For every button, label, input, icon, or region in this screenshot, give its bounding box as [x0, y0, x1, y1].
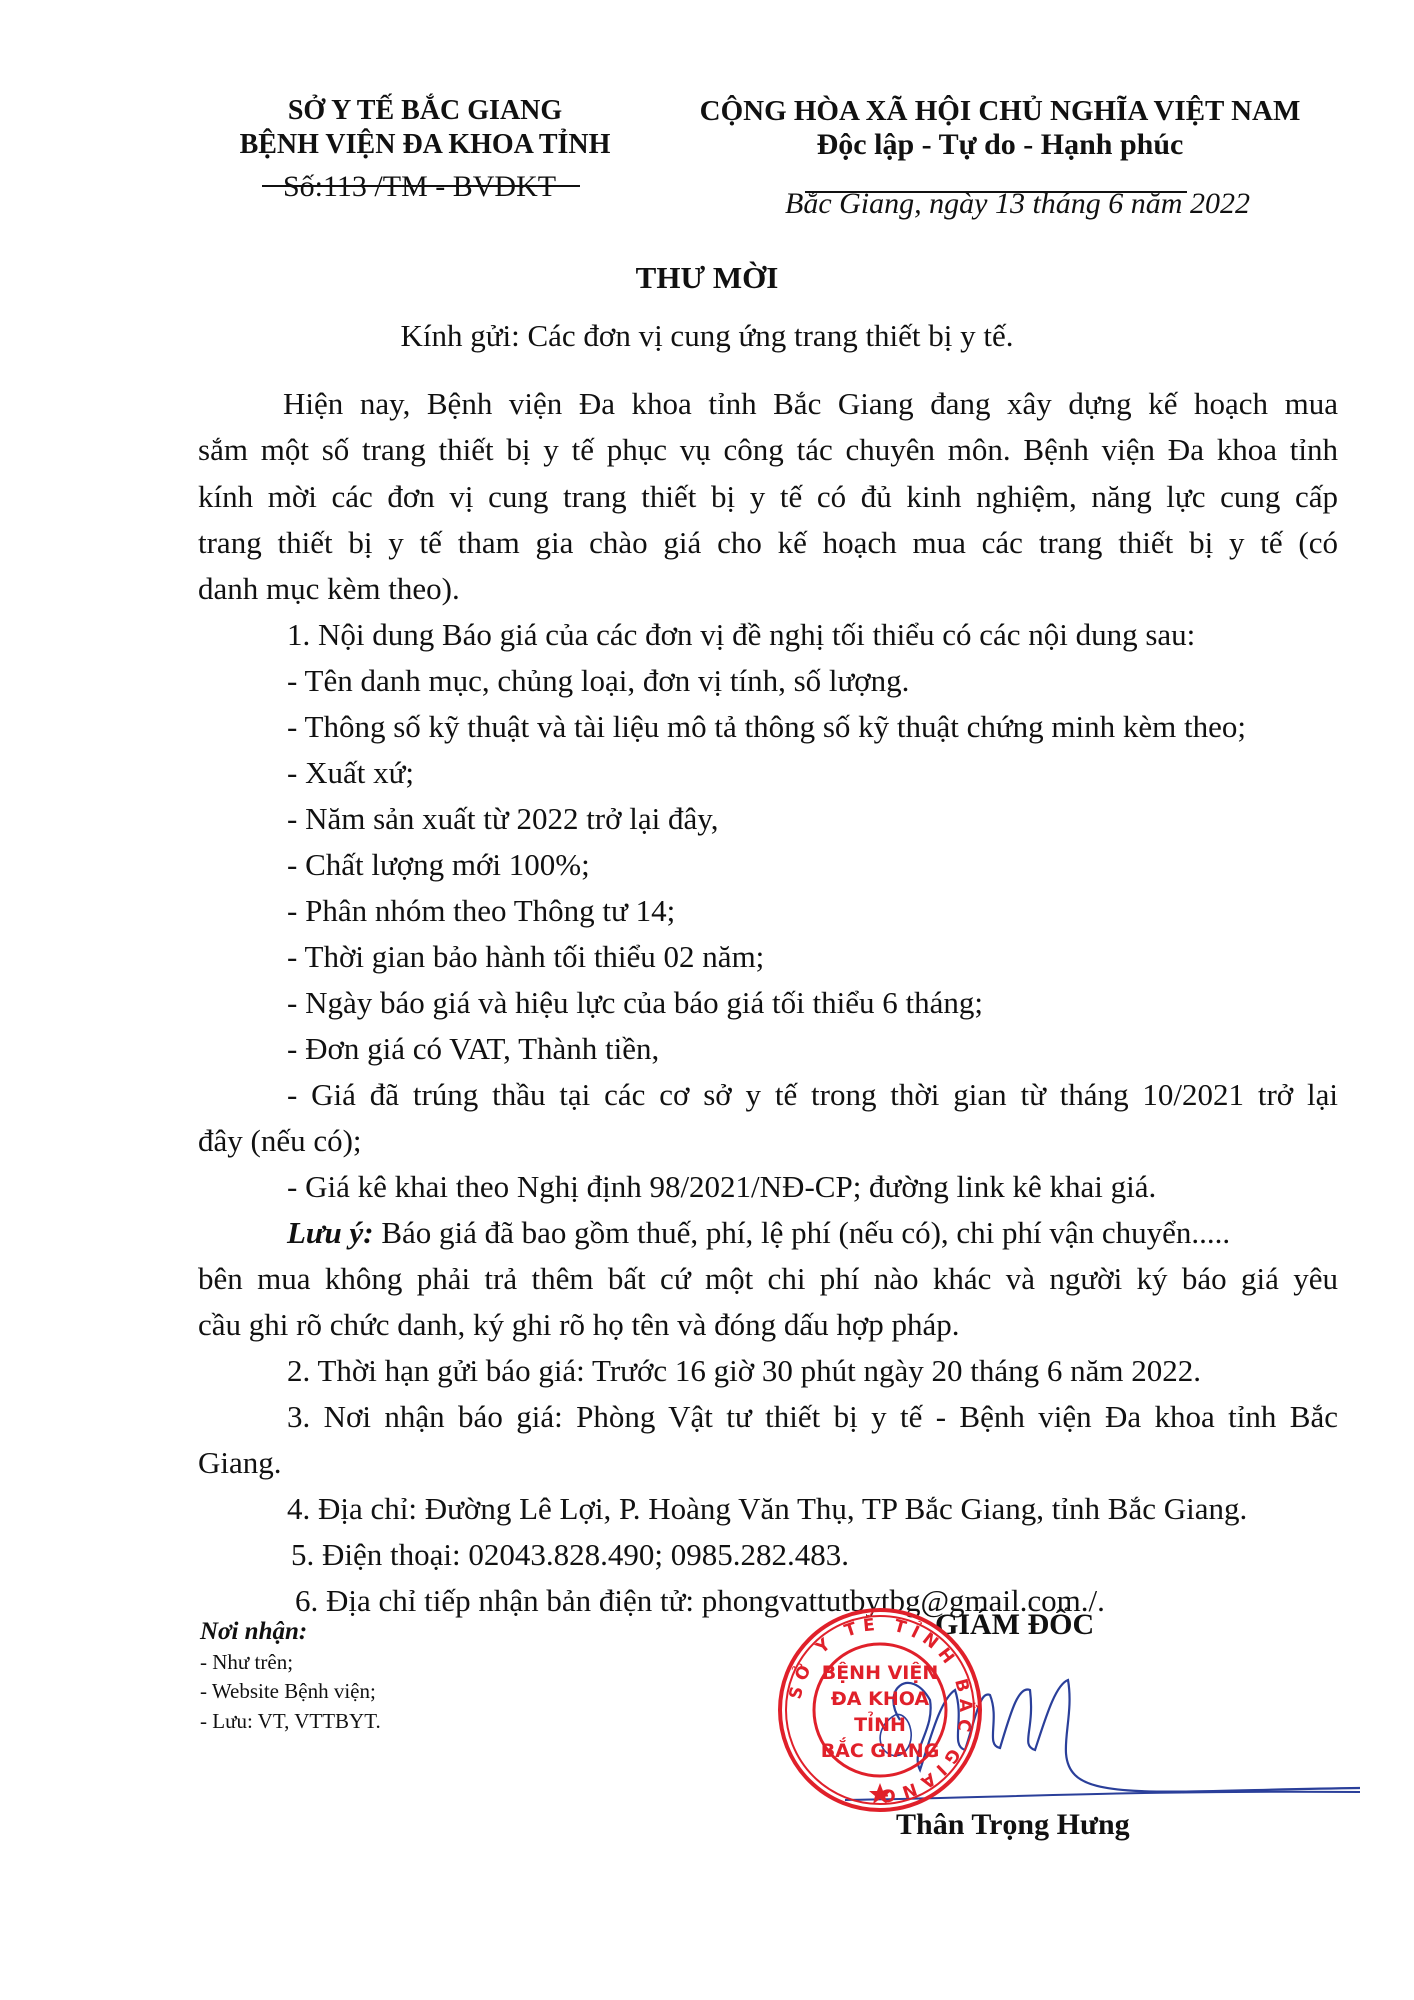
official-stamp: SỞ Y TẾ TỈNH BẮC GIANG BỆNH VIỆN ĐA KHOA… — [775, 1605, 985, 1815]
recipient-item: - Như trên; — [200, 1648, 293, 1676]
section-1-item: - Thời gian bảo hành tối thiểu 02 năm; — [287, 937, 764, 977]
note-label: Lưu ý: — [287, 1215, 374, 1250]
note-line-1: Lưu ý: Báo giá đã bao gồm thuế, phí, lệ … — [287, 1213, 1338, 1253]
section-1-item: - Đơn giá có VAT, Thành tiền, — [287, 1029, 659, 1069]
intro-line-4: trang thiết bị y tế tham gia chào giá ch… — [198, 523, 1338, 563]
recipients-label: Nơi nhận: — [200, 1617, 307, 1647]
nation-name: CỘNG HÒA XÃ HỘI CHỦ NGHĨA VIỆT NAM — [660, 94, 1340, 128]
agency-name: SỞ Y TẾ BẮC GIANG — [190, 94, 660, 128]
document-title: THƯ MỜI — [0, 258, 1414, 298]
stamp-inner-line: BỆNH VIỆN — [822, 1660, 939, 1684]
section-1-item: - Thông số kỹ thuật và tài liệu mô tả th… — [287, 707, 1246, 747]
section-1-item: - Năm sản xuất từ 2022 trở lại đây, — [287, 799, 719, 839]
section-5-phone: 5. Điện thoại: 02043.828.490; 0985.282.4… — [291, 1535, 849, 1575]
stamp-inner-line: TỈNH — [854, 1711, 906, 1736]
intro-line-3: kính mời các đơn vị cung trang thiết bị … — [198, 477, 1338, 517]
intro-line-1: Hiện nay, Bệnh viện Đa khoa tỉnh Bắc Gia… — [283, 384, 1338, 424]
intro-line-5: danh mục kèm theo). — [198, 569, 460, 609]
document-page: SỞ Y TẾ BẮC GIANG BỆNH VIỆN ĐA KHOA TỈNH… — [0, 0, 1414, 2000]
recipient-item: - Website Bệnh viện; — [200, 1677, 376, 1705]
note-text: Báo giá đã bao gồm thuế, phí, lệ phí (nế… — [374, 1215, 1231, 1250]
section-3-receiver-cont: Giang. — [198, 1443, 282, 1483]
note-line-2: bên mua không phải trả thêm bất cứ một c… — [198, 1259, 1338, 1299]
section-4-address: 4. Địa chỉ: Đường Lê Lợi, P. Hoàng Văn T… — [287, 1489, 1247, 1529]
unit-name: BỆNH VIỆN ĐA KHOA TỈNH — [190, 128, 660, 162]
section-1-item-declare: - Giá kê khai theo Nghị định 98/2021/NĐ-… — [287, 1167, 1156, 1207]
section-1-item-bid-cont: đây (nếu có); — [198, 1121, 362, 1161]
recipient-line: Kính gửi: Các đơn vị cung ứng trang thiế… — [0, 316, 1414, 356]
section-1-heading: 1. Nội dung Báo giá của các đơn vị đề ng… — [287, 615, 1195, 655]
intro-line-2: sắm một số trang thiết bị y tế phục vụ c… — [198, 430, 1338, 470]
section-1-item: - Xuất xứ; — [287, 753, 414, 793]
section-1-item: - Ngày báo giá và hiệu lực của báo giá t… — [287, 983, 983, 1023]
section-1-item-bid: - Giá đã trúng thầu tại các cơ sở y tế t… — [287, 1075, 1338, 1115]
section-1-item: - Tên danh mục, chủng loại, đơn vị tính,… — [287, 661, 909, 701]
section-1-item: - Phân nhóm theo Thông tư 14; — [287, 891, 675, 931]
national-motto: Độc lập - Tự do - Hạnh phúc — [660, 128, 1340, 162]
section-1-item: - Chất lượng mới 100%; — [287, 845, 590, 885]
document-number: Số:113 /TM - BVĐKT — [283, 167, 556, 207]
section-3-receiver: 3. Nơi nhận báo giá: Phòng Vật tư thiết … — [287, 1397, 1338, 1437]
note-line-3: cầu ghi rõ chức danh, ký ghi rõ họ tên v… — [198, 1305, 960, 1345]
section-2-deadline: 2. Thời hạn gửi báo giá: Trước 16 giờ 30… — [287, 1351, 1201, 1391]
recipient-item: - Lưu: VT, VTTBYT. — [200, 1707, 381, 1735]
place-date: Bắc Giang, ngày 13 tháng 6 năm 2022 — [785, 184, 1250, 224]
stamp-inner-line: BẮC GIANG — [821, 1736, 940, 1762]
signer-name: Thân Trọng Hưng — [896, 1805, 1130, 1845]
stamp-inner-line: ĐA KHOA — [831, 1688, 930, 1710]
